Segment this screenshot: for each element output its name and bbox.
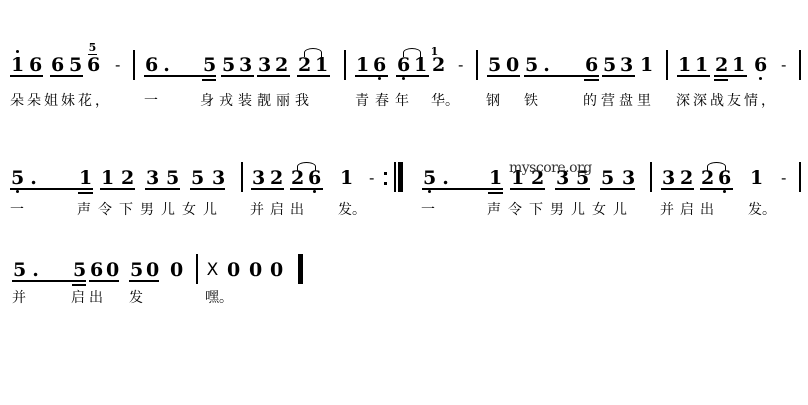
underline xyxy=(190,188,225,190)
note: 6 xyxy=(754,55,767,75)
underline xyxy=(297,75,330,77)
underline xyxy=(50,75,83,77)
underline xyxy=(600,188,635,190)
lyric: 并 xyxy=(12,290,26,306)
barline xyxy=(133,50,135,80)
underline xyxy=(100,188,135,190)
note: 5 xyxy=(525,55,538,75)
note: 1 xyxy=(678,55,691,75)
note: 5 xyxy=(601,168,614,188)
underline xyxy=(524,75,599,77)
note: 3 xyxy=(620,55,633,75)
repeat-dot xyxy=(384,182,387,185)
lyric: 声令下男儿女儿 xyxy=(77,202,224,218)
dot-augment: . xyxy=(540,55,553,75)
lyric: 一 xyxy=(10,202,24,218)
note: 6 xyxy=(51,55,64,75)
low-octave-dot xyxy=(428,190,431,193)
extension-dash: - xyxy=(369,168,374,188)
dot-augment: . xyxy=(160,55,173,75)
underline xyxy=(10,75,43,77)
final-barline xyxy=(298,254,303,284)
low-octave-dot xyxy=(16,190,19,193)
note: 1 xyxy=(732,55,745,75)
note: 3 xyxy=(258,55,271,75)
lyric: 青春年 xyxy=(355,93,415,109)
repeat-dot xyxy=(384,172,387,175)
extension-dash: - xyxy=(781,168,786,188)
low-octave-dot xyxy=(378,77,381,80)
underline xyxy=(129,280,159,282)
lyric: 声令下男儿女儿 xyxy=(487,202,634,218)
lyric: 深深战友情， xyxy=(676,93,778,109)
lyric: 发。 xyxy=(338,202,366,218)
note: 2 xyxy=(275,55,288,75)
lyric: 一 xyxy=(144,93,158,109)
note: 2 xyxy=(270,168,283,188)
slur xyxy=(297,162,316,171)
note: 5 xyxy=(69,55,82,75)
note: 5 xyxy=(222,55,235,75)
dot-augment: . xyxy=(27,168,40,188)
note: 1 xyxy=(356,55,369,75)
note: 1 xyxy=(101,168,114,188)
low-octave-dot xyxy=(402,77,405,80)
note: 6 xyxy=(145,55,158,75)
note: 1 xyxy=(489,168,502,188)
watermark: myscore.org xyxy=(509,160,592,176)
rest: 0 xyxy=(146,260,159,280)
note: 6 xyxy=(585,55,598,75)
lyric: 身戎装靓丽我 xyxy=(200,93,314,109)
rest: 0 xyxy=(106,260,119,280)
slur xyxy=(707,162,726,171)
underline xyxy=(221,75,254,77)
grace-note: 5 xyxy=(88,42,97,53)
extension-dash: - xyxy=(781,55,786,75)
note: 3 xyxy=(239,55,252,75)
note: 1 xyxy=(79,168,92,188)
note: 5 xyxy=(11,168,24,188)
note: 1 xyxy=(340,168,353,188)
note: 3 xyxy=(622,168,635,188)
note: 2 xyxy=(298,55,311,75)
underline xyxy=(144,75,216,77)
note: 3 xyxy=(252,168,265,188)
extension-dash: - xyxy=(115,55,120,75)
slur xyxy=(403,48,421,57)
note: 1 xyxy=(414,55,427,75)
lyric: 并启出 xyxy=(250,202,310,218)
underline xyxy=(510,188,545,190)
note: 5 xyxy=(203,55,216,75)
note: 6 xyxy=(308,168,321,188)
note: 6 xyxy=(29,55,42,75)
lyric: 一 xyxy=(421,202,435,218)
note: 1 xyxy=(315,55,328,75)
note: 3 xyxy=(146,168,159,188)
underline xyxy=(10,188,93,190)
underline xyxy=(584,79,599,81)
underline xyxy=(355,75,388,77)
note: 5 xyxy=(488,55,501,75)
note: 3 xyxy=(212,168,225,188)
low-octave-dot xyxy=(723,190,726,193)
rest: 0 xyxy=(270,260,283,280)
barline xyxy=(650,162,652,192)
barline xyxy=(799,50,801,80)
underline xyxy=(677,75,710,77)
underline xyxy=(145,188,180,190)
lyric: 并启出 xyxy=(660,202,720,218)
barline xyxy=(241,162,243,192)
barline xyxy=(476,50,478,80)
barline xyxy=(196,254,198,284)
underline xyxy=(661,188,694,190)
underline xyxy=(487,75,520,77)
lyric: 嘿。 xyxy=(205,290,233,306)
dot-augment: . xyxy=(439,168,452,188)
underline xyxy=(78,192,93,194)
rest: 0 xyxy=(249,260,262,280)
note: 3 xyxy=(662,168,675,188)
lyric: 钢 xyxy=(486,93,500,109)
note: 5 xyxy=(13,260,26,280)
barline xyxy=(344,50,346,80)
underline xyxy=(714,75,747,77)
low-octave-dot xyxy=(759,77,762,80)
note: 6 xyxy=(87,55,100,75)
note: 5 xyxy=(73,260,86,280)
score-sheet: 1 6 6 5 5 6 - 6 . 5 5 3 3 2 2 1 1 6 6 1 xyxy=(0,0,808,405)
underline xyxy=(396,75,429,77)
note: 1 xyxy=(640,55,653,75)
rest: 0 xyxy=(170,260,183,280)
lyric: 华。 xyxy=(431,93,459,109)
lyric: 发。 xyxy=(748,202,776,218)
underline xyxy=(72,284,86,286)
note: 2 xyxy=(291,168,304,188)
spoken-note: X xyxy=(206,260,219,280)
note: 5 xyxy=(130,260,143,280)
rest: 0 xyxy=(227,260,240,280)
underline xyxy=(89,280,119,282)
underline xyxy=(422,188,503,190)
note: 6 xyxy=(90,260,103,280)
note: 2 xyxy=(715,55,728,75)
slur xyxy=(304,48,322,57)
extension-dash: - xyxy=(458,55,463,75)
note: 1 xyxy=(750,168,763,188)
dot-augment: . xyxy=(29,260,42,280)
lyric: 朵朵姐妹花， xyxy=(10,93,112,109)
underline xyxy=(251,188,284,190)
underline xyxy=(488,192,503,194)
rest: 0 xyxy=(506,55,519,75)
lyric: 发 xyxy=(129,290,143,306)
barline xyxy=(394,162,396,192)
note: 6 xyxy=(718,168,731,188)
note: 1 xyxy=(11,55,24,75)
note: 2 xyxy=(432,55,445,75)
underline xyxy=(714,79,728,81)
lyric: 的营盘里 xyxy=(583,93,655,109)
note: 2 xyxy=(701,168,714,188)
lyric: 铁 xyxy=(524,93,538,109)
repeat-end-barline xyxy=(398,162,403,192)
underline xyxy=(602,75,635,77)
note: 2 xyxy=(121,168,134,188)
underline xyxy=(290,188,323,190)
underline xyxy=(257,75,290,77)
note: 1 xyxy=(695,55,708,75)
underline xyxy=(202,79,216,81)
underline xyxy=(700,188,733,190)
note: 2 xyxy=(680,168,693,188)
note: 6 xyxy=(373,55,386,75)
note: 5 xyxy=(166,168,179,188)
lyric: 启出 xyxy=(71,290,107,306)
note: 5 xyxy=(191,168,204,188)
note: 5 xyxy=(603,55,616,75)
barline xyxy=(799,162,801,192)
barline xyxy=(666,50,668,80)
underline xyxy=(555,188,590,190)
high-octave-dot xyxy=(16,50,19,53)
note: 5 xyxy=(423,168,436,188)
note: 6 xyxy=(397,55,410,75)
low-octave-dot xyxy=(313,190,316,193)
underline xyxy=(12,280,86,282)
